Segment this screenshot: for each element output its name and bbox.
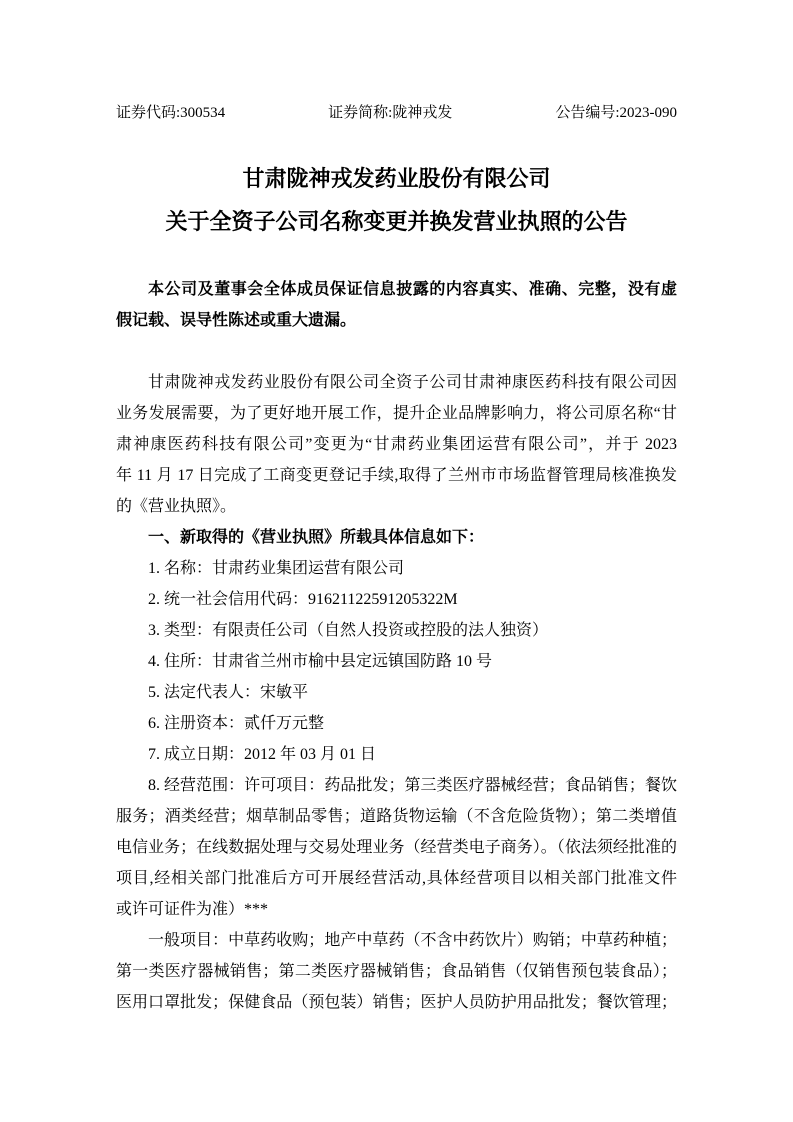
text-line: 或许可证件为准）***: [116, 894, 677, 925]
intro-paragraph: 甘肃陇神戎发药业股份有限公司全资子公司甘肃神康医药科技有限公司因业务发展需要，为…: [116, 367, 677, 522]
text-line: 年 11 月 17 日完成了工商变更登记手续,取得了兰州市市场监督管理局核准换发: [116, 460, 677, 491]
text-line: 1. 名称：甘肃药业集团运营有限公司: [116, 553, 677, 584]
text-line: 6. 注册资本：贰仟万元整: [116, 708, 677, 739]
text-line: 8. 经营范围：许可项目：药品批发；第三类医疗器械经营；食品销售；餐饮: [116, 770, 677, 801]
section-heading: 一、新取得的《营业执照》所载具体信息如下：: [116, 522, 677, 553]
document-header: 证券代码:300534 证券简称:陇神戎发 公告编号:2023-090: [116, 0, 677, 124]
license-info-items: 1. 名称：甘肃药业集团运营有限公司2. 统一社会信用代码：9162112259…: [116, 553, 677, 770]
document-page: 证券代码:300534 证券简称:陇神戎发 公告编号:2023-090 甘肃陇神…: [0, 0, 793, 1122]
text-line: 4. 住所：甘肃省兰州市榆中县定远镇国防路 10 号: [116, 646, 677, 677]
text-line: 一、新取得的《营业执照》所载具体信息如下：: [116, 522, 677, 553]
stock-abbr-label: 证券简称:陇神戎发: [328, 103, 452, 124]
business-scope-general: 一般项目：中草药收购；地产中草药（不含中药饮片）购销；中草药种植；第一类医疗器械…: [116, 925, 677, 1018]
disclaimer: 本公司及董事会全体成员保证信息披露的内容真实、准确、完整，没有虚假记载、误导性陈…: [116, 274, 677, 336]
text-line: 假记载、误导性陈述或重大遗漏。: [116, 305, 677, 336]
text-line: 第一类医疗器械销售；第二类医疗器械销售；食品销售（仅销售预包装食品）；: [116, 956, 677, 987]
announcement-title: 关于全资子公司名称变更并换发营业执照的公告: [116, 207, 677, 237]
company-name-title: 甘肃陇神戎发药业股份有限公司: [116, 164, 677, 194]
stock-code-label: 证券代码:300534: [116, 103, 225, 124]
text-line: 一般项目：中草药收购；地产中草药（不含中药饮片）购销；中草药种植；: [116, 925, 677, 956]
text-line: 业务发展需要，为了更好地开展工作，提升企业品牌影响力，将公司原名称“甘: [116, 398, 677, 429]
announcement-number-label: 公告编号:2023-090: [555, 103, 677, 124]
business-scope-licensed: 8. 经营范围：许可项目：药品批发；第三类医疗器械经营；食品销售；餐饮服务；酒类…: [116, 770, 677, 925]
text-line: 2. 统一社会信用代码：91621122591205322M: [116, 584, 677, 615]
text-line: 的《营业执照》。: [116, 491, 677, 522]
text-line: 5. 法定代表人：宋敏平: [116, 677, 677, 708]
text-line: 7. 成立日期：2012 年 03 月 01 日: [116, 739, 677, 770]
text-line: 本公司及董事会全体成员保证信息披露的内容真实、准确、完整，没有虚: [116, 274, 677, 305]
text-line: 项目,经相关部门批准后方可开展经营活动,具体经营项目以相关部门批准文件: [116, 863, 677, 894]
text-line: 3. 类型：有限责任公司（自然人投资或控股的法人独资）: [116, 615, 677, 646]
document-viewport: { "header": { "stock_code": "证券代码:300534…: [0, 0, 793, 1122]
text-line: 服务；酒类经营；烟草制品零售；道路货物运输（不含危险货物）；第二类增值: [116, 801, 677, 832]
text-line: 电信业务；在线数据处理与交易处理业务（经营类电子商务）。（依法须经批准的: [116, 832, 677, 863]
text-line: 医用口罩批发；保健食品（预包装）销售；医护人员防护用品批发；餐饮管理；: [116, 987, 677, 1018]
document-body: 本公司及董事会全体成员保证信息披露的内容真实、准确、完整，没有虚假记载、误导性陈…: [116, 274, 677, 1018]
text-line: 肃神康医药科技有限公司”变更为“甘肃药业集团运营有限公司”，并于 2023: [116, 429, 677, 460]
text-line: 甘肃陇神戎发药业股份有限公司全资子公司甘肃神康医药科技有限公司因: [116, 367, 677, 398]
